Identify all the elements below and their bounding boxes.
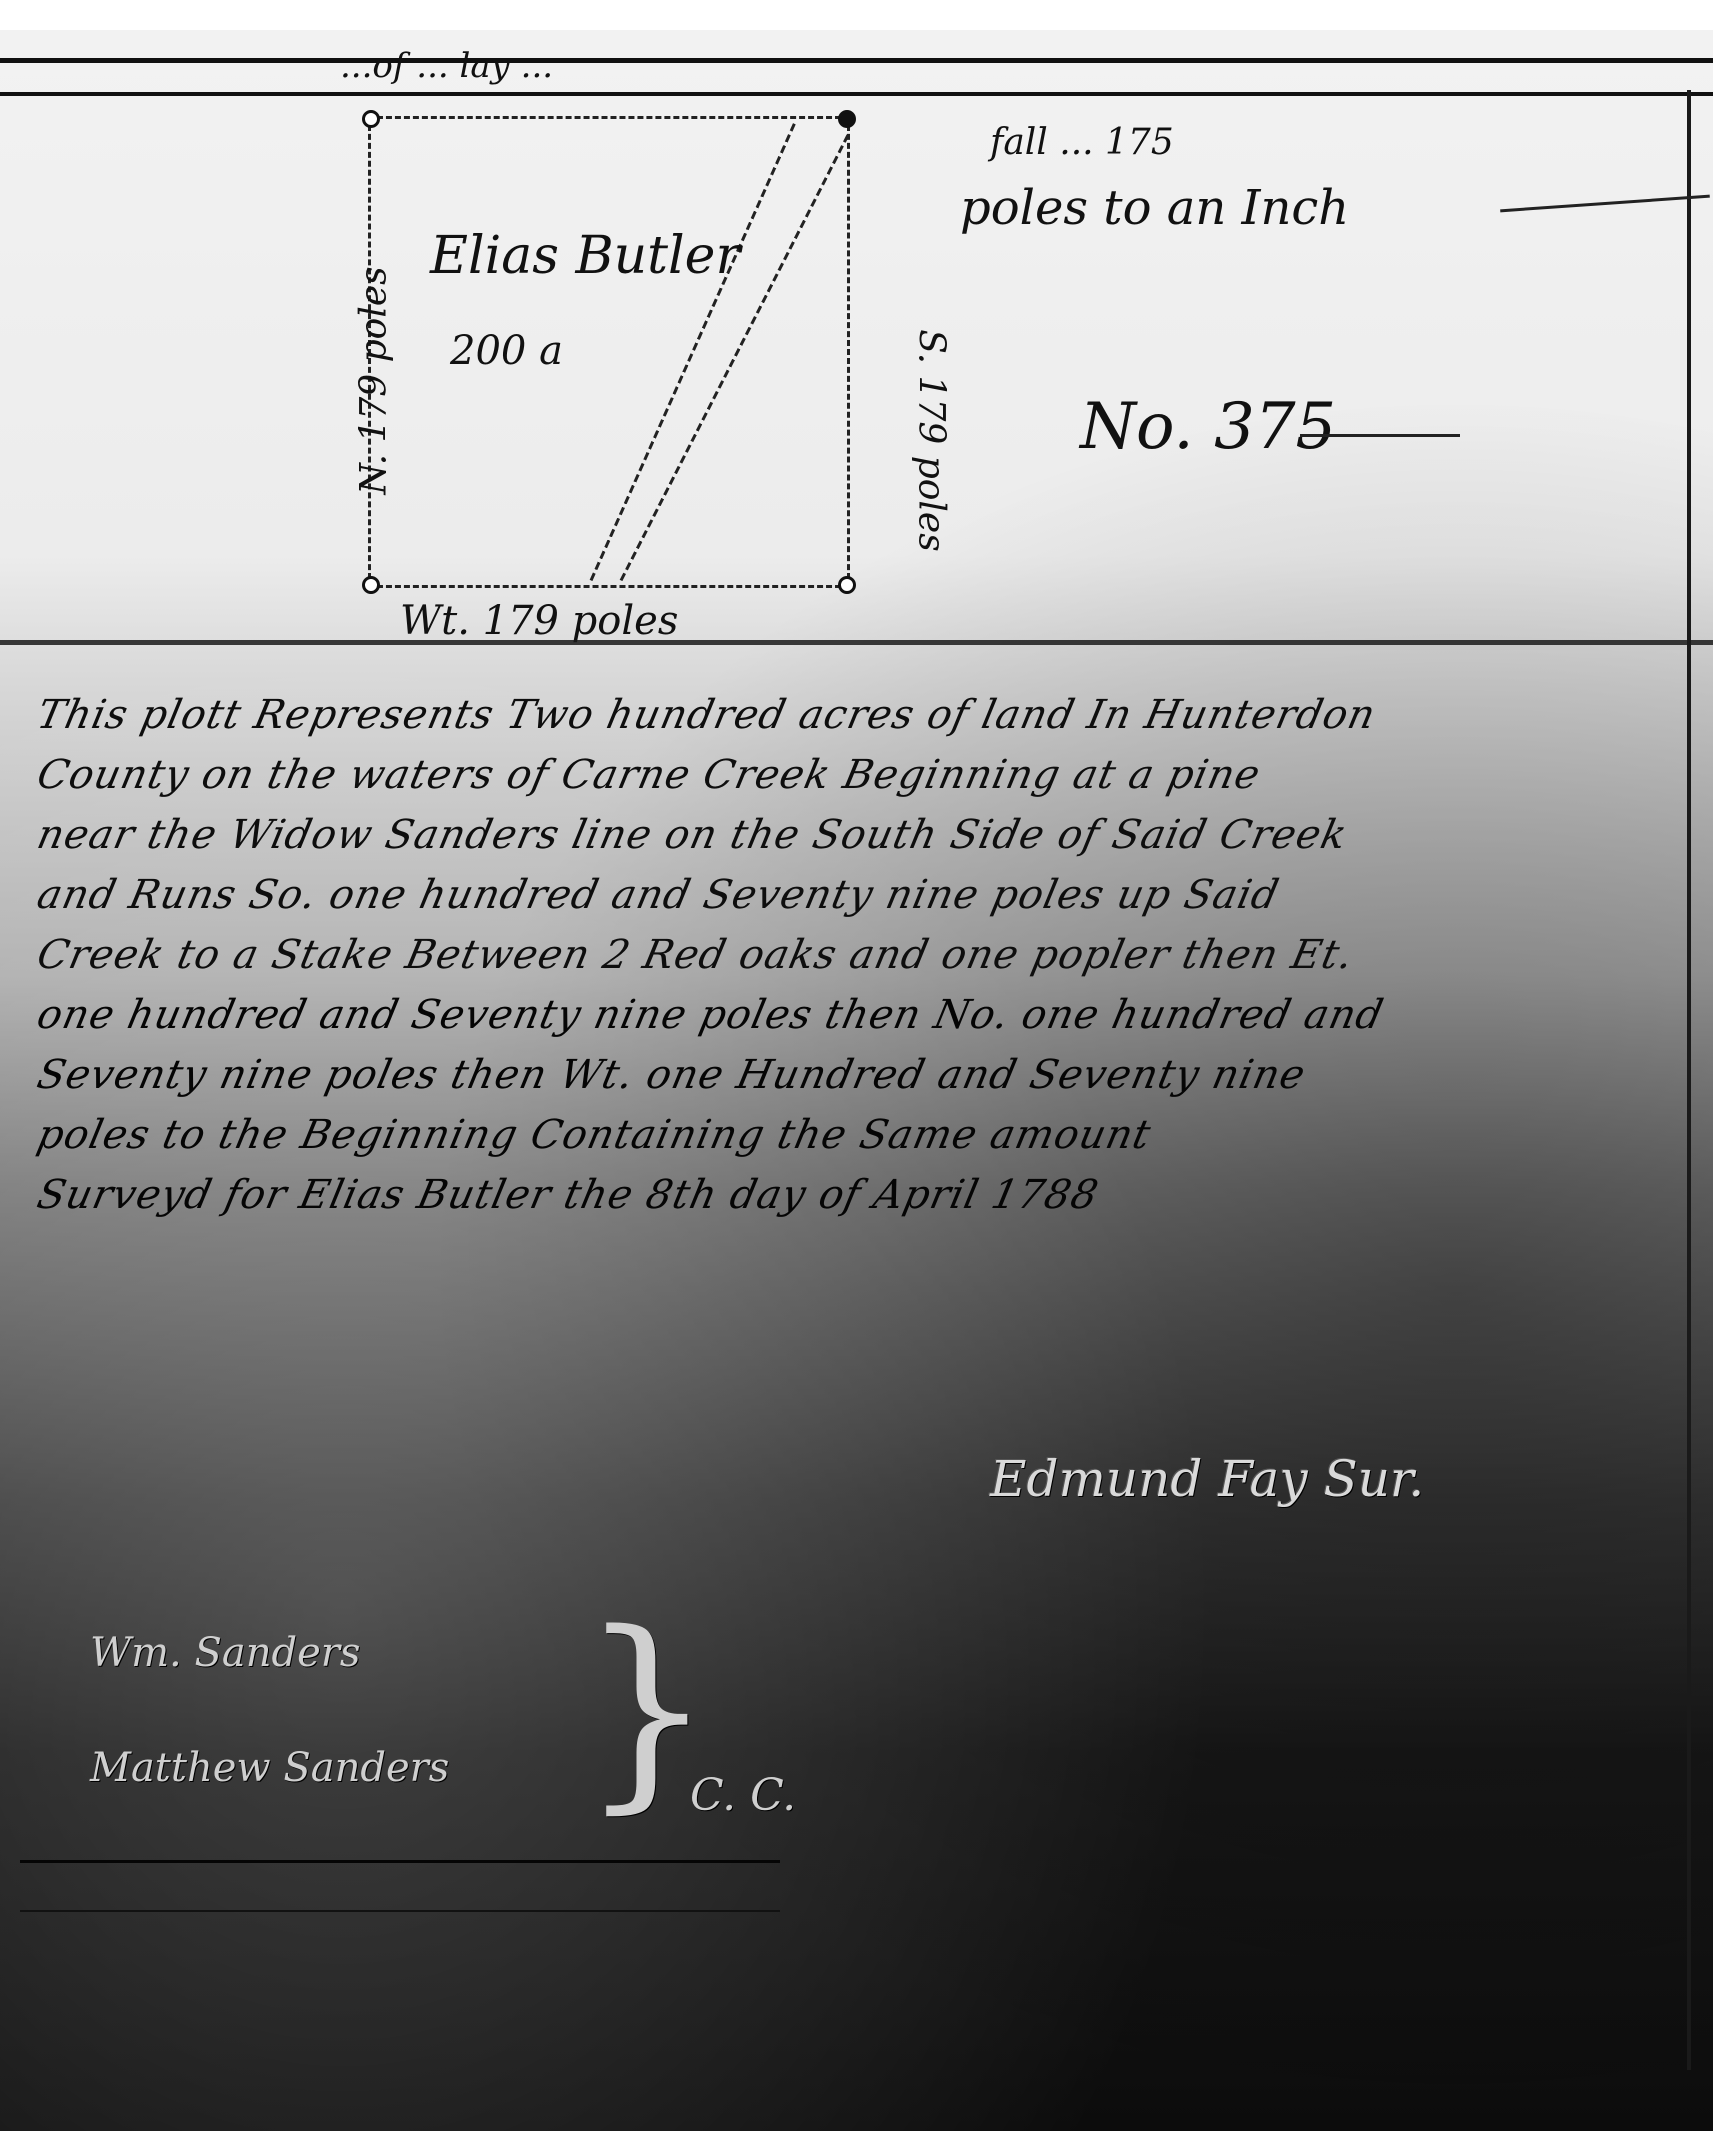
plat-side-east-label: S. 179 poles bbox=[911, 329, 952, 551]
plat-side-south-label: Wt. 179 poles bbox=[400, 598, 678, 644]
plat-corner-ne bbox=[838, 110, 856, 128]
scale-underline bbox=[1500, 195, 1710, 213]
plat-boundary bbox=[368, 116, 850, 588]
ruled-line bbox=[20, 1910, 780, 1912]
creek-line bbox=[590, 123, 796, 581]
record-number: No. 375 bbox=[1080, 390, 1336, 464]
description-line: poles to the Beginning Containing the Sa… bbox=[32, 1105, 1695, 1165]
ruled-line bbox=[20, 1860, 780, 1863]
section-divider bbox=[0, 640, 1713, 645]
top-rule bbox=[0, 58, 1713, 63]
plat-owner-name: Elias Butler bbox=[430, 226, 740, 286]
description-line: near the Widow Sanders line on the South… bbox=[32, 805, 1695, 865]
surveyor-signature: Edmund Fay Sur. bbox=[990, 1450, 1424, 1508]
plat-acreage: 200 a bbox=[450, 328, 563, 374]
description-line: Creek to a Stake Between 2 Red oaks and … bbox=[32, 925, 1695, 985]
top-rule-2 bbox=[0, 92, 1713, 96]
description-line: This plott Represents Two hundred acres … bbox=[32, 685, 1695, 745]
survey-description: This plott Represents Two hundred acres … bbox=[38, 685, 1688, 1225]
description-line: County on the waters of Carne Creek Begi… bbox=[32, 745, 1695, 805]
chain-carriers-label: C. C. bbox=[690, 1770, 796, 1821]
description-line: one hundred and Seventy nine poles then … bbox=[32, 985, 1695, 1045]
record-number-underline bbox=[1300, 434, 1460, 437]
plat-side-west-label: N. 179 poles bbox=[354, 266, 395, 494]
plat-corner-sw bbox=[362, 576, 380, 594]
chain-carrier-1: Wm. Sanders bbox=[90, 1630, 360, 1676]
description-line: and Runs So. one hundred and Seventy nin… bbox=[32, 865, 1695, 925]
plat-corner-se bbox=[838, 576, 856, 594]
creek-line-2 bbox=[620, 134, 850, 581]
header-fragment: ...of ... lay ... bbox=[340, 46, 553, 86]
scale-label: poles to an Inch bbox=[960, 180, 1349, 236]
chain-carrier-2: Matthew Sanders bbox=[90, 1745, 449, 1791]
scale-fragment: fall ... 175 bbox=[990, 122, 1174, 163]
scanned-document-page: ...of ... lay ... fall ... 175 poles to … bbox=[0, 30, 1713, 2131]
plat-corner-nw bbox=[362, 110, 380, 128]
description-line: Surveyd for Elias Butler the 8th day of … bbox=[32, 1165, 1695, 1225]
description-line: Seventy nine poles then Wt. one Hundred … bbox=[32, 1045, 1695, 1105]
